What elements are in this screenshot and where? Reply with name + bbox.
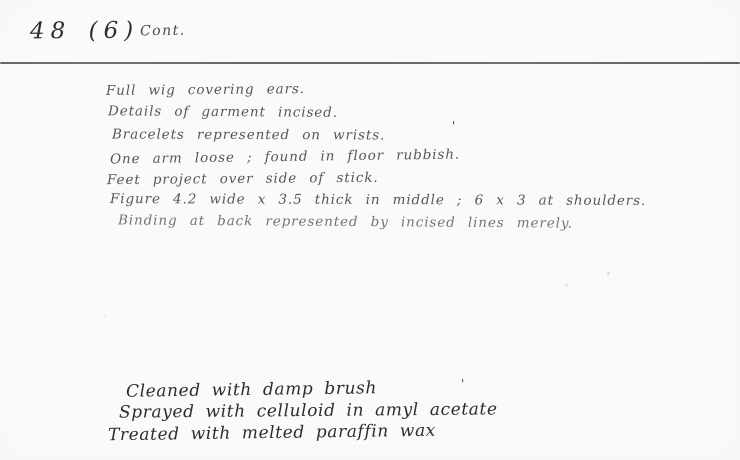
stray-tick-mark: ' (452, 119, 455, 133)
scan-speck (607, 272, 610, 275)
body-line-bracelets: Bracelets represented on wrists. (112, 127, 385, 144)
body-line-full-wig: Full wig covering ears. (106, 81, 305, 99)
scan-speck (104, 315, 107, 318)
note-line-treated: Treated with melted paraffin wax (108, 421, 436, 446)
document-page: 48 (6) Cont. Full wig covering ears. Det… (0, 0, 740, 460)
scan-speck (565, 284, 568, 287)
stray-tick-mark: ' (461, 377, 464, 391)
continuation-label: Cont. (140, 23, 186, 40)
body-line-one-arm-loose: One arm loose ; found in floor rubbish. (110, 147, 460, 168)
body-line-figure-dimensions: Figure 4.2 wide x 3.5 thick in middle ; … (110, 191, 646, 209)
note-line-sprayed: Sprayed with celluloid in amyl acetate (119, 399, 498, 422)
page-number: 48 (6) (30, 18, 139, 45)
divider-rule (0, 62, 740, 64)
note-line-cleaned: Cleaned with damp brush (126, 378, 377, 402)
body-line-feet-project: Feet project over side of stick. (107, 170, 379, 188)
body-line-binding-at-back: Binding at back represented by incised l… (118, 212, 573, 231)
body-line-details-garment: Details of garment incised. (108, 103, 338, 121)
